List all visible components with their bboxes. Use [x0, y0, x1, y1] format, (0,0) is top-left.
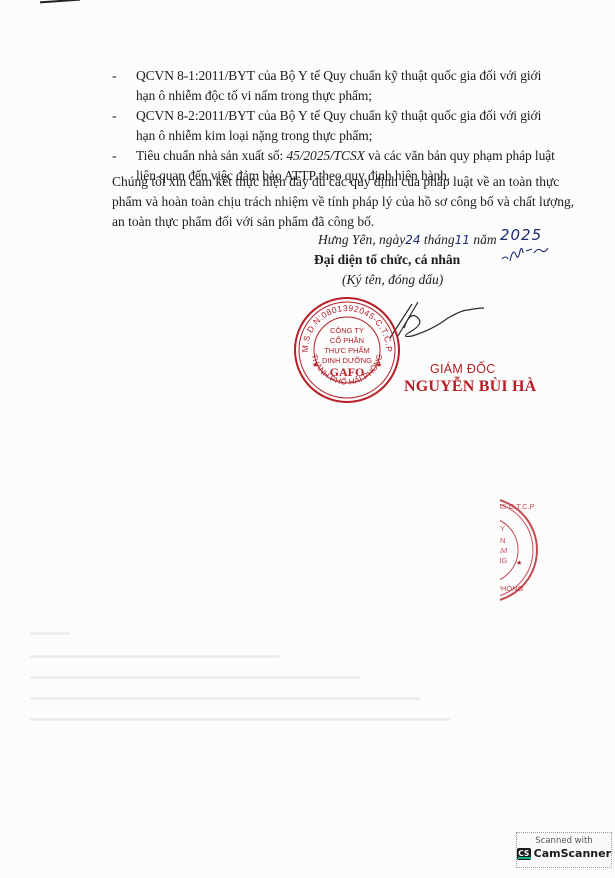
svg-text:THỰC PHẨM: THỰC PHẨM [324, 346, 370, 355]
svg-text:DINH DƯỠNG: DINH DƯỠNG [322, 356, 372, 365]
camscanner-watermark: Scanned with CS CamScanner [516, 832, 612, 868]
handwritten-year: 2025 [500, 226, 542, 244]
list-item-line: hạn ô nhiễm độc tố vi nấm trong thực phẩ… [112, 86, 512, 106]
svg-text:★: ★ [516, 559, 522, 567]
svg-text:ÂM: ÂM [500, 546, 507, 555]
list-item-line: hạn ô nhiễm kim loại nặng trong thực phẩ… [112, 126, 512, 146]
regulation-list: - QCVN 8-1:2011/BYT của Bộ Y tế Quy chuẩ… [112, 66, 512, 186]
partial-stamp-bleed: ★ 45·C.T.C.P Y N ÂM ING PHÒNG [500, 495, 615, 605]
scanned-document-page: - QCVN 8-1:2011/BYT của Bộ Y tế Quy chuẩ… [0, 0, 615, 878]
commitment-paragraph: Chúng tôi xin cam kết thực hiện đầy đủ c… [112, 172, 524, 232]
handwritten-month: 11 [455, 233, 470, 247]
list-item: - QCVN 8-1:2011/BYT của Bộ Y tế Quy chuẩ… [112, 66, 512, 106]
scan-edge-mark [40, 0, 80, 3]
standard-number: 45/2025/TCSX [286, 148, 364, 163]
svg-text:N: N [500, 536, 505, 545]
list-item-line: QCVN 8-1:2011/BYT của Bộ Y tế Quy chuẩn … [136, 66, 512, 86]
svg-text:ING: ING [500, 556, 508, 565]
svg-text:★: ★ [312, 361, 318, 369]
svg-text:Y: Y [500, 524, 505, 533]
svg-text:GAFO: GAFO [330, 365, 365, 379]
list-item: - QCVN 8-2:2011/BYT của Bộ Y tế Quy chuẩ… [112, 106, 512, 146]
handwritten-day: 24 [405, 233, 420, 247]
initials-scribble-icon [500, 243, 550, 265]
svg-text:CÔNG TY: CÔNG TY [330, 326, 364, 335]
signature-note: (Ký tên, đóng dấu) [318, 270, 538, 290]
list-item-line: Tiêu chuẩn nhà sản xuất số: 45/2025/TCSX… [136, 146, 512, 166]
company-stamp-icon: M.S.D.N:0801392045-C.T.C.P THÀNH PHỐ HẢI… [292, 295, 402, 405]
svg-text:CỔ PHẦN: CỔ PHẦN [330, 335, 364, 345]
list-item-line: QCVN 8-2:2011/BYT của Bộ Y tế Quy chuẩn … [136, 106, 512, 126]
svg-text:PHÒNG: PHÒNG [500, 584, 524, 593]
svg-text:45·C.T.C.P: 45·C.T.C.P [500, 502, 535, 511]
signer-name: NGUYỄN BÙI HÀ [404, 378, 536, 396]
camscanner-logo-icon: CS [517, 848, 531, 860]
svg-text:★: ★ [376, 361, 382, 369]
signer-title: GIÁM ĐỐC [430, 362, 496, 376]
